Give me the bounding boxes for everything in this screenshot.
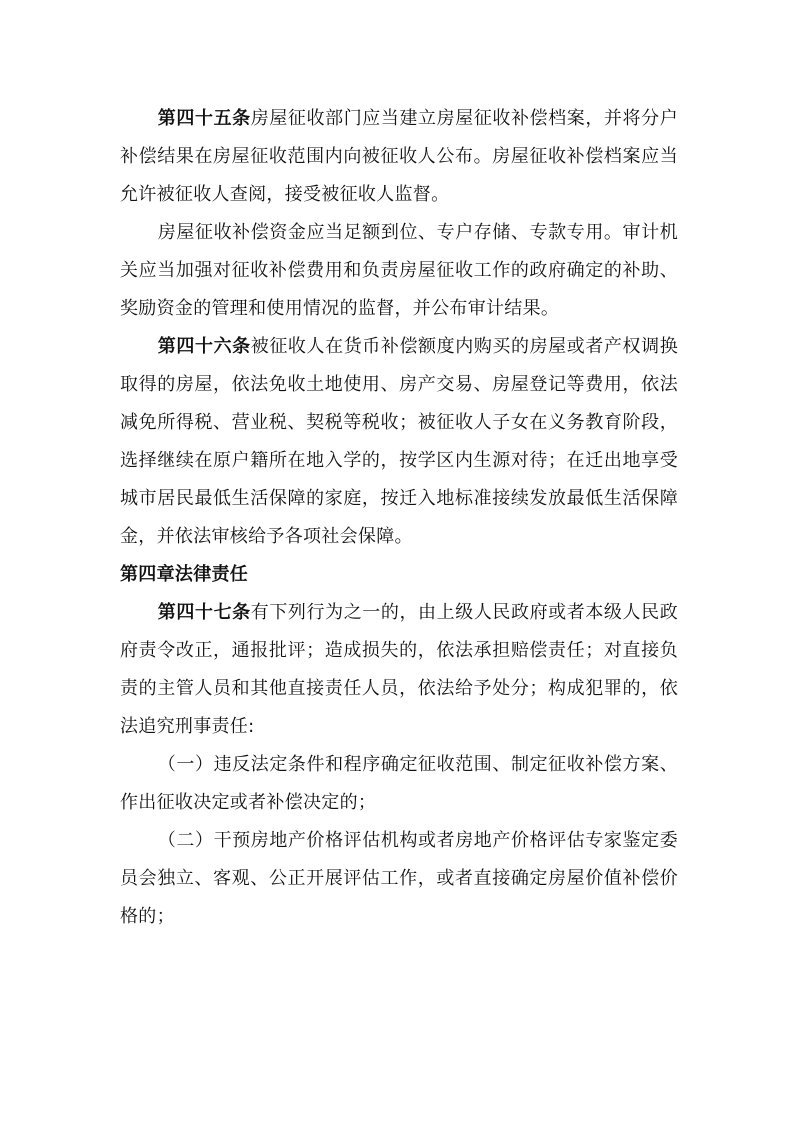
compensation-funds-paragraph: 房屋征收补偿资金应当足额到位、专户存储、专款专用。审计机关应当加强对征收补偿费用… <box>120 214 678 328</box>
article-46-paragraph: 第四十六条被征收人在货币补偿额度内购买的房屋或者产权调换取得的房屋，依法免收土地… <box>120 328 678 556</box>
document-page: 第四十五条房屋征收部门应当建立房屋征收补偿档案，并将分户补偿结果在房屋征收范围内… <box>120 100 678 936</box>
article-47-item-1-text: （一）违反法定条件和程序确定征收范围、制定征收补偿方案、作出征收决定或者补偿决定… <box>120 754 678 813</box>
article-45-paragraph: 第四十五条房屋征收部门应当建立房屋征收补偿档案，并将分户补偿结果在房屋征收范围内… <box>120 100 678 214</box>
article-47-item-1: （一）违反法定条件和程序确定征收范围、制定征收补偿方案、作出征收决定或者补偿决定… <box>120 746 678 822</box>
article-46-label: 第四十六条 <box>158 336 251 357</box>
article-47-paragraph: 第四十七条有下列行为之一的，由上级人民政府或者本级人民政府责令改正，通报批评；造… <box>120 594 678 746</box>
article-47-item-2: （二）干预房地产价格评估机构或者房地产价格评估专家鉴定委员会独立、客观、公正开展… <box>120 822 678 936</box>
article-45-label: 第四十五条 <box>158 108 251 129</box>
chapter-heading: 第四章法律责任 <box>120 556 678 594</box>
article-46-text: 被征收人在货币补偿额度内购买的房屋或者产权调换取得的房屋，依法免收土地使用、房产… <box>120 336 678 547</box>
compensation-funds-text: 房屋征收补偿资金应当足额到位、专户存储、专款专用。审计机关应当加强对征收补偿费用… <box>120 222 678 319</box>
article-47-label: 第四十七条 <box>158 602 251 623</box>
article-47-item-2-text: （二）干预房地产价格评估机构或者房地产价格评估专家鉴定委员会独立、客观、公正开展… <box>120 830 678 927</box>
